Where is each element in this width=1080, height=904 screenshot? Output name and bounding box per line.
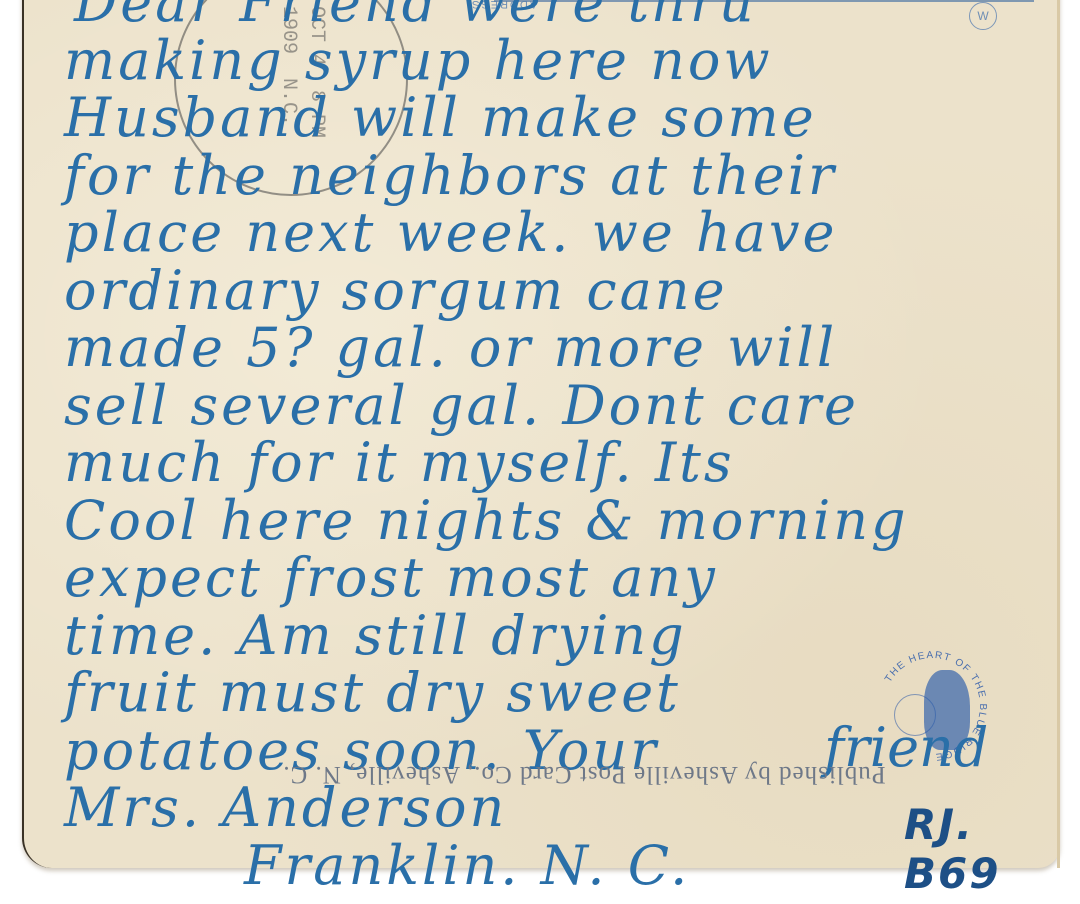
message-line: expect frost most any: [64, 549, 1080, 607]
message-line: Dear Friend were thru': [64, 0, 1080, 32]
message-line: ordinary sorgum cane: [64, 262, 1080, 320]
message-line: Husband will make some: [64, 89, 1080, 147]
reference-mark: RJ. B69: [904, 800, 1060, 898]
message-line: fruit must dry sweet: [64, 664, 1080, 722]
message-line: time. Am still drying: [64, 607, 1080, 665]
message-line: much for it myself. Its: [64, 434, 1080, 492]
postcard: ADDRESS W OCT 4 8 PM 1909 N.C. THE HEART…: [22, 0, 1060, 868]
message-line: Cool here nights & morning: [64, 492, 1080, 550]
message-line: made 5? gal. or more will: [64, 319, 1080, 377]
publisher-imprint: Published by Asheville Post Card Co., As…: [224, 760, 944, 788]
message-line: sell several gal. Dont care: [64, 377, 1080, 435]
message-line: place next week. we have: [64, 204, 1080, 262]
message-line: making syrup here now: [64, 32, 1080, 90]
message-line: for the neighbors at their: [64, 147, 1080, 205]
